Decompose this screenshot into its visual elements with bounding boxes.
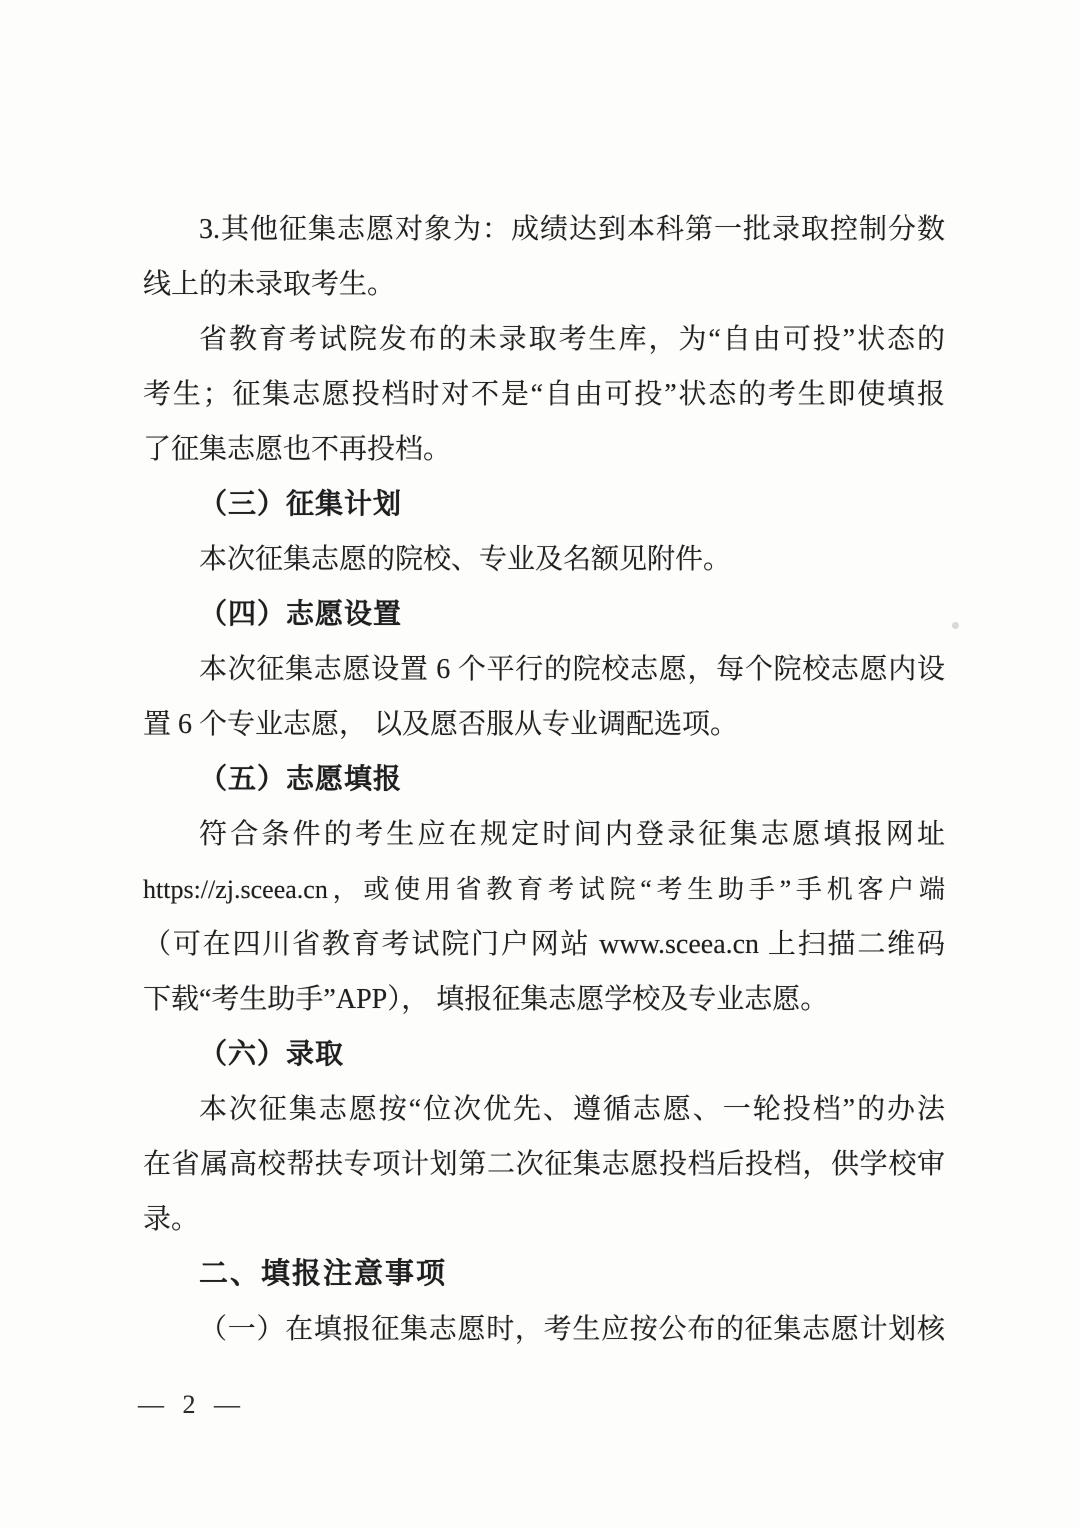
section-heading: （六）录取 (143, 1027, 945, 1082)
text-line: 录。 (143, 1192, 945, 1247)
section-heading: （四）志愿设置 (143, 587, 945, 642)
page-number: — 2 — (138, 1390, 246, 1420)
document-body: 3.其他征集志愿对象为：成绩达到本科第一批录取控制分数 线上的未录取考生。 省教… (143, 202, 945, 1357)
text-line: 了征集志愿也不再投档。 (143, 422, 945, 477)
text-line: 本次征集志愿的院校、专业及名额见附件。 (143, 532, 945, 587)
major-section-heading: 二、填报注意事项 (143, 1247, 945, 1302)
text-line: 置 6 个专业志愿， 以及愿否服从专业调配选项。 (143, 697, 945, 752)
text-line: 3.其他征集志愿对象为：成绩达到本科第一批录取控制分数 (143, 202, 945, 257)
text-line: （一）在填报征集志愿时，考生应按公布的征集志愿计划核 (143, 1302, 945, 1357)
text-line: 本次征集志愿设置 6 个平行的院校志愿，每个院校志愿内设 (143, 642, 945, 697)
text-line-url: https://zj.sceea.cn，或使用省教育考试院“考生助手”手机客户端 (143, 862, 945, 917)
text-line: 在省属高校帮扶专项计划第二次征集志愿投档后投档，供学校审 (143, 1137, 945, 1192)
section-heading: （五）志愿填报 (143, 752, 945, 807)
text-line-url: （可在四川省教育考试院门户网站 www.sceea.cn 上扫描二维码 (143, 917, 945, 972)
text-line: 下载“考生助手”APP）， 填报征集志愿学校及专业志愿。 (143, 972, 945, 1027)
text-line: 线上的未录取考生。 (143, 257, 945, 312)
text-line: 考生；征集志愿投档时对不是“自由可投”状态的考生即使填报 (143, 367, 945, 422)
text-line: 省教育考试院发布的未录取考生库，为“自由可投”状态的 (143, 312, 945, 367)
section-heading: （三）征集计划 (143, 477, 945, 532)
text-line: 符合条件的考生应在规定时间内登录征集志愿填报网址 (143, 807, 945, 862)
text-line: 本次征集志愿按“位次优先、遵循志愿、一轮投档”的办法 (143, 1082, 945, 1137)
scan-artifact (952, 622, 959, 629)
document-page: 3.其他征集志愿对象为：成绩达到本科第一批录取控制分数 线上的未录取考生。 省教… (0, 0, 1080, 1527)
